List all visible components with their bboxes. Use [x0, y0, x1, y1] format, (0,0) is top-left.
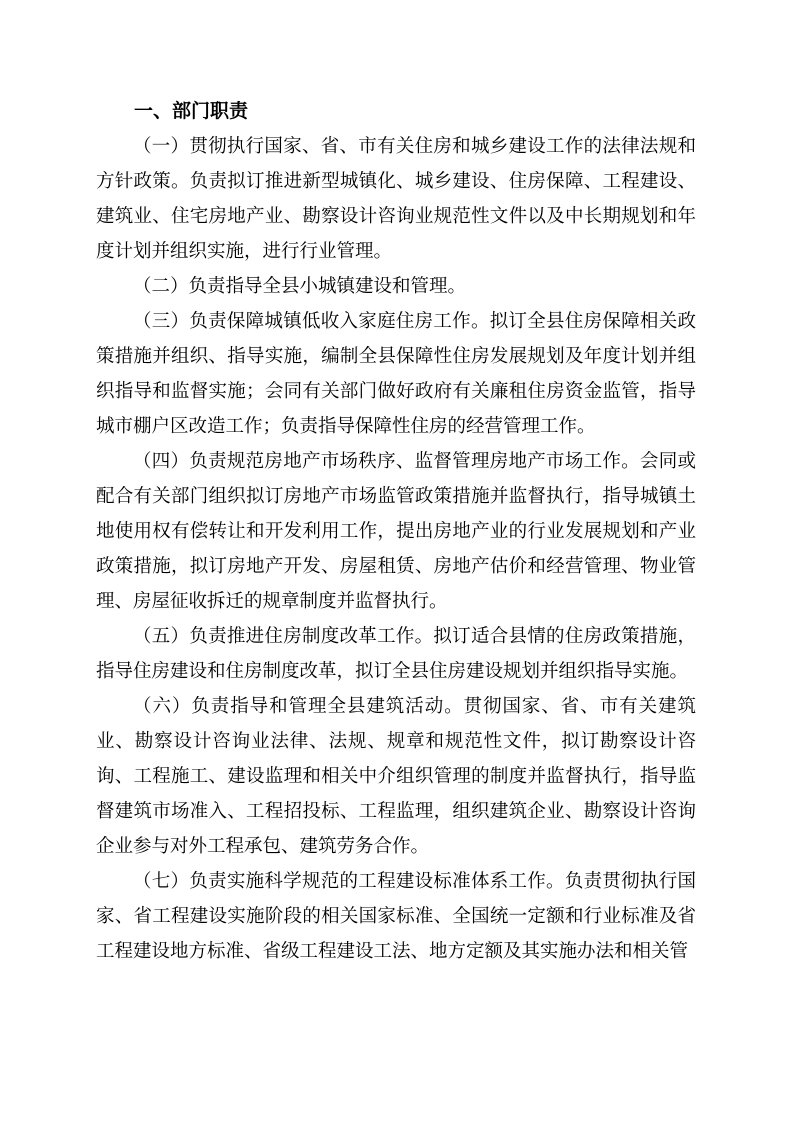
paragraph-duty-4: （四）负责规范房地产市场秩序、监督管理房地产市场工作。会同或配合有关部门组织拟订… [96, 444, 696, 619]
paragraph-duty-7: （七）负责实施科学规范的工程建设标准体系工作。负责贯彻执行国家、省工程建设实施阶… [96, 864, 696, 969]
document-page: 一、部门职责 （一）贯彻执行国家、省、市有关住房和城乡建设工作的法律法规和方针政… [0, 0, 793, 1122]
paragraph-duty-3: （三）负责保障城镇低收入家庭住房工作。拟订全县住房保障相关政策措施并组织、指导实… [96, 304, 696, 444]
paragraph-duty-1: （一）贯彻执行国家、省、市有关住房和城乡建设工作的法律法规和方针政策。负责拟订推… [96, 129, 696, 269]
paragraph-duty-5: （五）负责推进住房制度改革工作。拟订适合县情的住房政策措施，指导住房建设和住房制… [96, 619, 696, 689]
section-title: 一、部门职责 [96, 94, 696, 129]
document-content: 一、部门职责 （一）贯彻执行国家、省、市有关住房和城乡建设工作的法律法规和方针政… [96, 94, 696, 969]
paragraph-duty-6: （六）负责指导和管理全县建筑活动。贯彻国家、省、市有关建筑业、勘察设计咨询业法律… [96, 689, 696, 864]
paragraph-duty-2: （二）负责指导全县小城镇建设和管理。 [96, 269, 696, 304]
